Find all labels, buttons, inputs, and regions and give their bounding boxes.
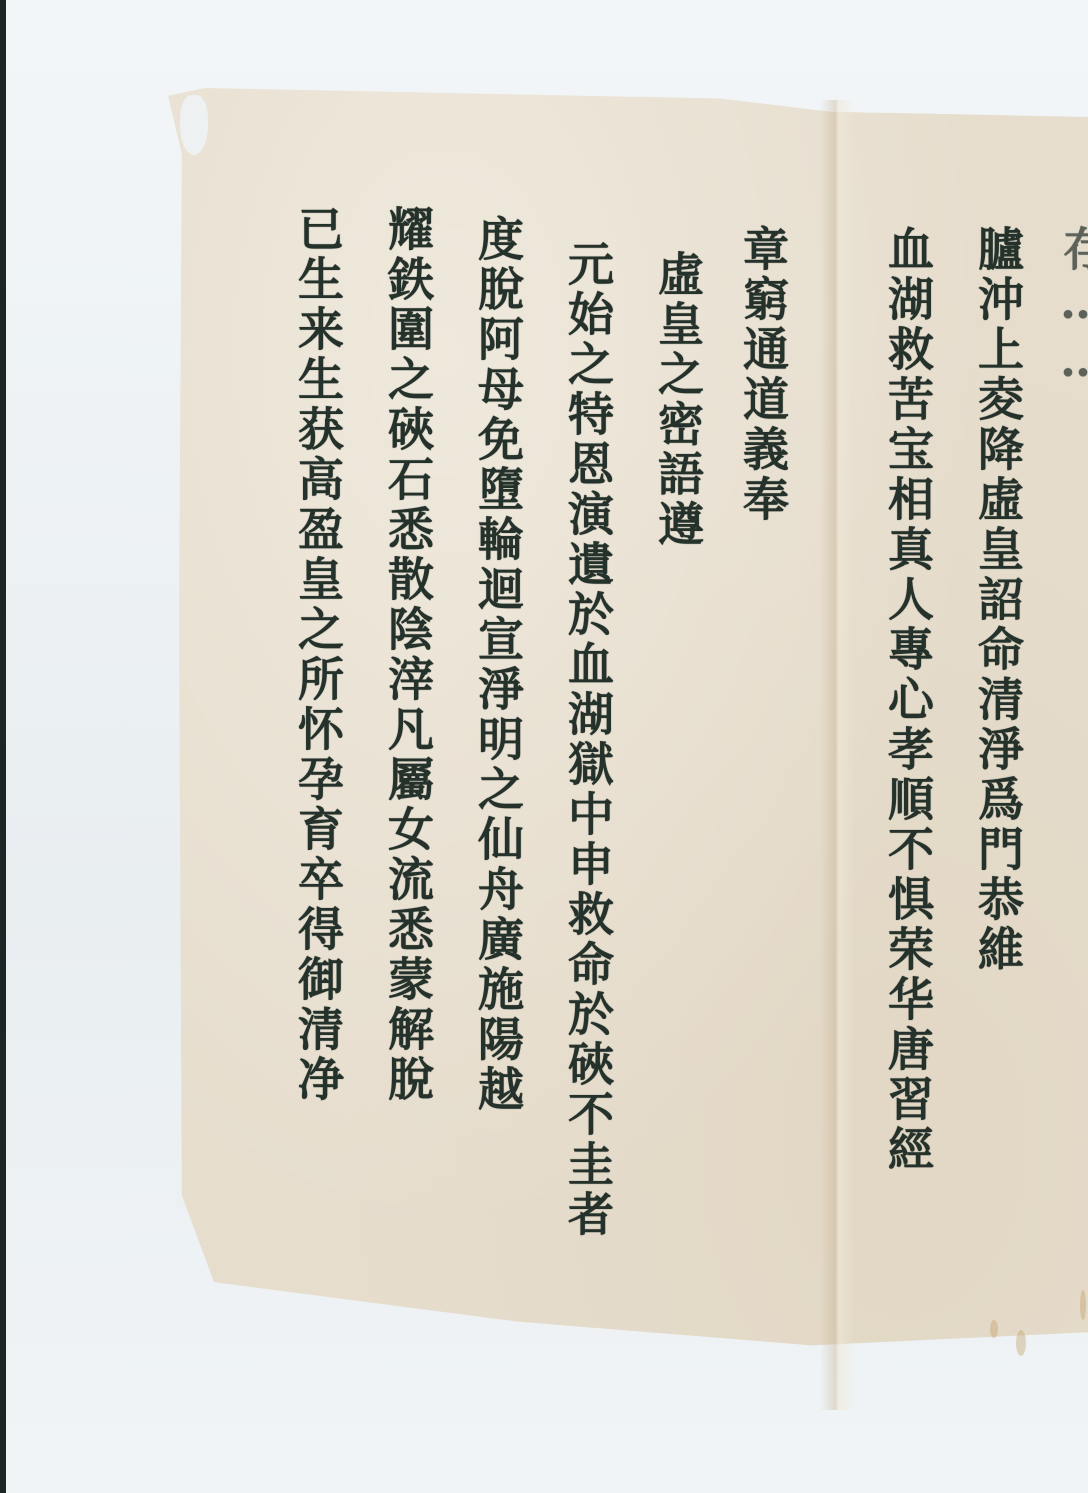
page-fold-crease [820, 100, 854, 1410]
paper-tear-hole [180, 95, 208, 155]
right-page-column-2: 臚沖上夌降虛皇詔命清淨爲門恭維 [975, 225, 1021, 975]
left-page-column-4: 度脫阿母免墮輪迴宣淨明之仙舟廣施陽越 [475, 215, 521, 1115]
ink-stain [1080, 1290, 1086, 1320]
right-page-column-1-truncated: 存…… [1060, 225, 1088, 391]
ink-stain [1016, 1330, 1026, 1356]
left-page-column-5: 耀鉄圍之硤石悉散陰滓凡屬女流悉蒙解脫 [385, 205, 431, 1105]
left-page-column-3: 元始之特恩演遺於血湖獄中申救命於硤不圭者 [565, 240, 611, 1240]
right-page-column-3: 血湖救苦宝相真人專心孝順不惧荣华唐習經 [885, 225, 931, 1175]
left-page-column-6: 已生来生获高盈皇之所怀孕育卒得御清净 [295, 205, 341, 1105]
ink-stain [990, 1320, 998, 1338]
left-page-column-1: 章窮通道義奉 [740, 225, 786, 525]
left-page-column-2: 虛皇之密語遵 [655, 250, 701, 550]
